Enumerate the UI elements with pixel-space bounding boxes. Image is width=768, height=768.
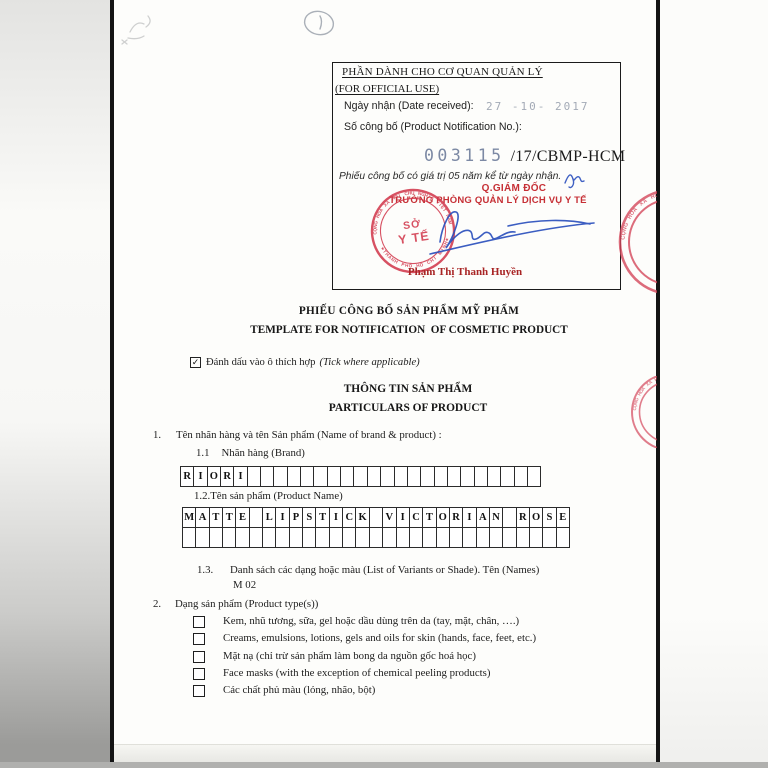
grid-cell: A <box>196 508 209 527</box>
grid-cell <box>236 528 249 547</box>
svg-text:G: G <box>373 220 379 225</box>
grid-cell <box>477 528 490 547</box>
grid-cell <box>210 528 223 547</box>
grid-cell <box>250 528 263 547</box>
notification-number-stamp: 003115 <box>424 146 505 165</box>
signer-name: Phạm Thị Thanh Huyền <box>405 266 525 278</box>
grid-cell <box>316 528 329 547</box>
grid-row: MATTELIPSTICKVICTORIANROSE <box>183 508 569 527</box>
grid-cell <box>276 528 289 547</box>
grid-cell: R <box>517 508 530 527</box>
page-number-pencil-mark <box>300 8 342 42</box>
product-type-option-label: Các chất phủ màu (lỏng, nhão, bột) <box>223 684 375 696</box>
grid-cell <box>381 467 394 486</box>
grid-cell <box>368 467 381 486</box>
grid-cell <box>423 528 436 547</box>
grid-row <box>183 527 569 547</box>
grid-cell: T <box>223 508 236 527</box>
grid-cell: R <box>450 508 463 527</box>
grid-cell <box>303 528 316 547</box>
grid-cell: N <box>490 508 503 527</box>
tick-note-row: ✓ Đánh dấu vào ô thích hợp (Tick where a… <box>190 357 420 368</box>
handwritten-initial-ink <box>560 166 590 192</box>
grid-cell: V <box>383 508 396 527</box>
grid-cell: O <box>208 467 221 486</box>
grid-cell: A <box>477 508 490 527</box>
grid-cell: S <box>543 508 556 527</box>
product-type-option-label: Mặt nạ (chỉ trừ sản phẩm làm bong da ngu… <box>223 650 476 662</box>
grid-cell <box>490 528 503 547</box>
section-title-en: PARTICULARS OF PRODUCT <box>283 402 533 414</box>
date-received-stamp: 27 -10- 2017 <box>486 100 589 113</box>
official-box-heading-vi: PHẦN DÀNH CHO CƠ QUAN QUẢN LÝ <box>342 66 543 78</box>
grid-cell <box>528 467 540 486</box>
item2-number: 2. <box>153 598 161 610</box>
tick-note-text-en: (Tick where applicable) <box>319 357 419 368</box>
grid-cell: P <box>290 508 303 527</box>
official-box-heading-en: (FOR OFFICIAL USE) <box>335 83 439 95</box>
item1-number: 1. <box>153 429 161 441</box>
item1-2-number: 1.2. <box>194 490 210 502</box>
grid-cell: T <box>210 508 223 527</box>
grid-cell <box>517 528 530 547</box>
notification-number-label: Số công bố (Product Notification No.): <box>344 121 522 133</box>
grid-cell <box>328 467 341 486</box>
grid-cell <box>370 508 383 527</box>
grid-cell <box>503 528 516 547</box>
edge-stamp-bottom: CỘNG HÒA XÃ HỘI CHỦ NGHĨA VIỆT NAM <box>622 376 657 448</box>
grid-cell <box>515 467 528 486</box>
grid-cell <box>475 467 488 486</box>
grid-cell: T <box>423 508 436 527</box>
scanned-document: PHẦN DÀNH CHO CƠ QUAN QUẢN LÝ (FOR OFFIC… <box>0 0 768 768</box>
grid-cell <box>461 467 474 486</box>
product-name-letter-grid: MATTELIPSTICKVICTORIANROSE <box>182 507 570 548</box>
grid-cell <box>248 467 261 486</box>
product-type-option-label: Face masks (with the exception of chemic… <box>223 667 490 679</box>
grid-cell: E <box>557 508 569 527</box>
grid-cell <box>488 467 501 486</box>
grid-cell <box>530 528 543 547</box>
grid-cell <box>261 467 274 486</box>
grid-cell: I <box>463 508 476 527</box>
brand-letter-grid: RIORI <box>180 466 541 487</box>
grid-cell <box>183 528 196 547</box>
grid-cell <box>435 467 448 486</box>
grid-cell <box>274 467 287 486</box>
grid-cell <box>330 528 343 547</box>
grid-cell <box>397 528 410 547</box>
grid-cell: T <box>316 508 329 527</box>
grid-cell <box>503 508 516 527</box>
product-type-option-label: Kem, nhũ tương, sữa, gel hoặc dầu dùng t… <box>223 615 519 627</box>
grid-cell <box>356 528 369 547</box>
document-title-vi: PHIẾU CÔNG BỐ SẢN PHẨM MỸ PHẨM <box>254 305 564 317</box>
product-type-option-label: Creams, emulsions, lotions, gels and oil… <box>223 632 536 644</box>
grid-cell: S <box>303 508 316 527</box>
grid-cell <box>223 528 236 547</box>
grid-cell <box>437 528 450 547</box>
item1-3-label: Danh sách các dạng hoặc màu (List of Var… <box>230 564 539 576</box>
date-received-label: Ngày nhận (Date received): <box>344 100 474 112</box>
grid-cell <box>448 467 461 486</box>
grid-cell <box>370 528 383 547</box>
grid-cell <box>408 467 421 486</box>
grid-cell <box>290 528 303 547</box>
product-type-checkbox <box>193 633 205 645</box>
grid-cell <box>450 528 463 547</box>
tick-note-checkbox: ✓ <box>190 357 201 368</box>
grid-cell: M <box>183 508 196 527</box>
grid-cell <box>301 467 314 486</box>
signature-ink <box>418 196 608 262</box>
grid-cell: O <box>437 508 450 527</box>
grid-cell: I <box>330 508 343 527</box>
notification-number-suffix: /17/CBMP-HCM <box>511 148 626 166</box>
item1-1-label: Nhãn hàng (Brand) <box>222 447 305 459</box>
grid-cell <box>250 508 263 527</box>
page-edge-left <box>110 0 114 768</box>
item2-label: Dạng sản phẩm (Product type(s)) <box>175 598 318 610</box>
grid-cell <box>395 467 408 486</box>
grid-cell: I <box>276 508 289 527</box>
grid-cell: I <box>397 508 410 527</box>
grid-cell <box>341 467 354 486</box>
grid-cell: K <box>356 508 369 527</box>
scan-bottom-band <box>0 762 768 768</box>
variant-shade-value: M 02 <box>233 579 256 591</box>
grid-cell <box>314 467 327 486</box>
grid-cell <box>288 467 301 486</box>
grid-cell <box>383 528 396 547</box>
grid-cell <box>501 467 514 486</box>
grid-cell: R <box>181 467 194 486</box>
grid-cell: L <box>263 508 276 527</box>
grid-cell <box>557 528 569 547</box>
scan-margin-left <box>0 0 111 768</box>
scan-margin-right <box>660 0 768 768</box>
grid-cell: C <box>410 508 423 527</box>
item1-2-label: Tên sản phẩm (Product Name) <box>210 490 343 502</box>
product-type-checkbox <box>193 668 205 680</box>
document-title-en: TEMPLATE FOR NOTIFICATION OF COSMETIC PR… <box>229 324 589 336</box>
item1-2-row: 1.2.Tên sản phẩm (Product Name) <box>194 490 343 502</box>
grid-cell <box>410 528 423 547</box>
validity-note: Phiếu công bố có giá trị 05 năm kể từ ng… <box>339 171 561 182</box>
svg-text:I: I <box>398 193 401 198</box>
pencil-scribble <box>118 4 188 52</box>
item1-3-number: 1.3. <box>197 564 213 576</box>
tick-note-text-vi: Đánh dấu vào ô thích hợp <box>206 357 315 368</box>
grid-cell: O <box>530 508 543 527</box>
page-bottom-shadow <box>114 744 656 763</box>
item1-1-row: 1.1 Nhãn hàng (Brand) <box>196 447 305 459</box>
edge-stamp-top: CỘNG HÒA XÃ HỘI CHỦ NGHĨA VIỆT NAM <box>598 186 657 304</box>
grid-cell: I <box>234 467 247 486</box>
grid-cell <box>343 528 356 547</box>
grid-cell: C <box>343 508 356 527</box>
grid-cell <box>196 528 209 547</box>
svg-text:G: G <box>623 222 630 228</box>
grid-cell: E <box>236 508 249 527</box>
section-title-vi: THÔNG TIN SẢN PHẨM <box>308 383 508 395</box>
item1-1-number: 1.1 <box>196 447 210 459</box>
grid-cell <box>354 467 367 486</box>
grid-cell: I <box>194 467 207 486</box>
item1-label: Tên nhãn hàng và tên Sản phẩm (Name of b… <box>176 429 442 441</box>
product-type-checkbox <box>193 651 205 663</box>
grid-cell: R <box>221 467 234 486</box>
product-type-checkbox <box>193 685 205 697</box>
grid-row: RIORI <box>181 467 540 486</box>
svg-text:H: H <box>393 259 399 265</box>
grid-cell <box>263 528 276 547</box>
svg-text:G: G <box>634 397 640 402</box>
product-type-checkbox <box>193 616 205 628</box>
grid-cell <box>463 528 476 547</box>
grid-cell <box>421 467 434 486</box>
signer-title-line1: Q.GIÁM ĐỐC <box>464 183 564 194</box>
grid-cell <box>543 528 556 547</box>
notification-number-line: 003115 /17/CBMP-HCM <box>424 146 625 166</box>
